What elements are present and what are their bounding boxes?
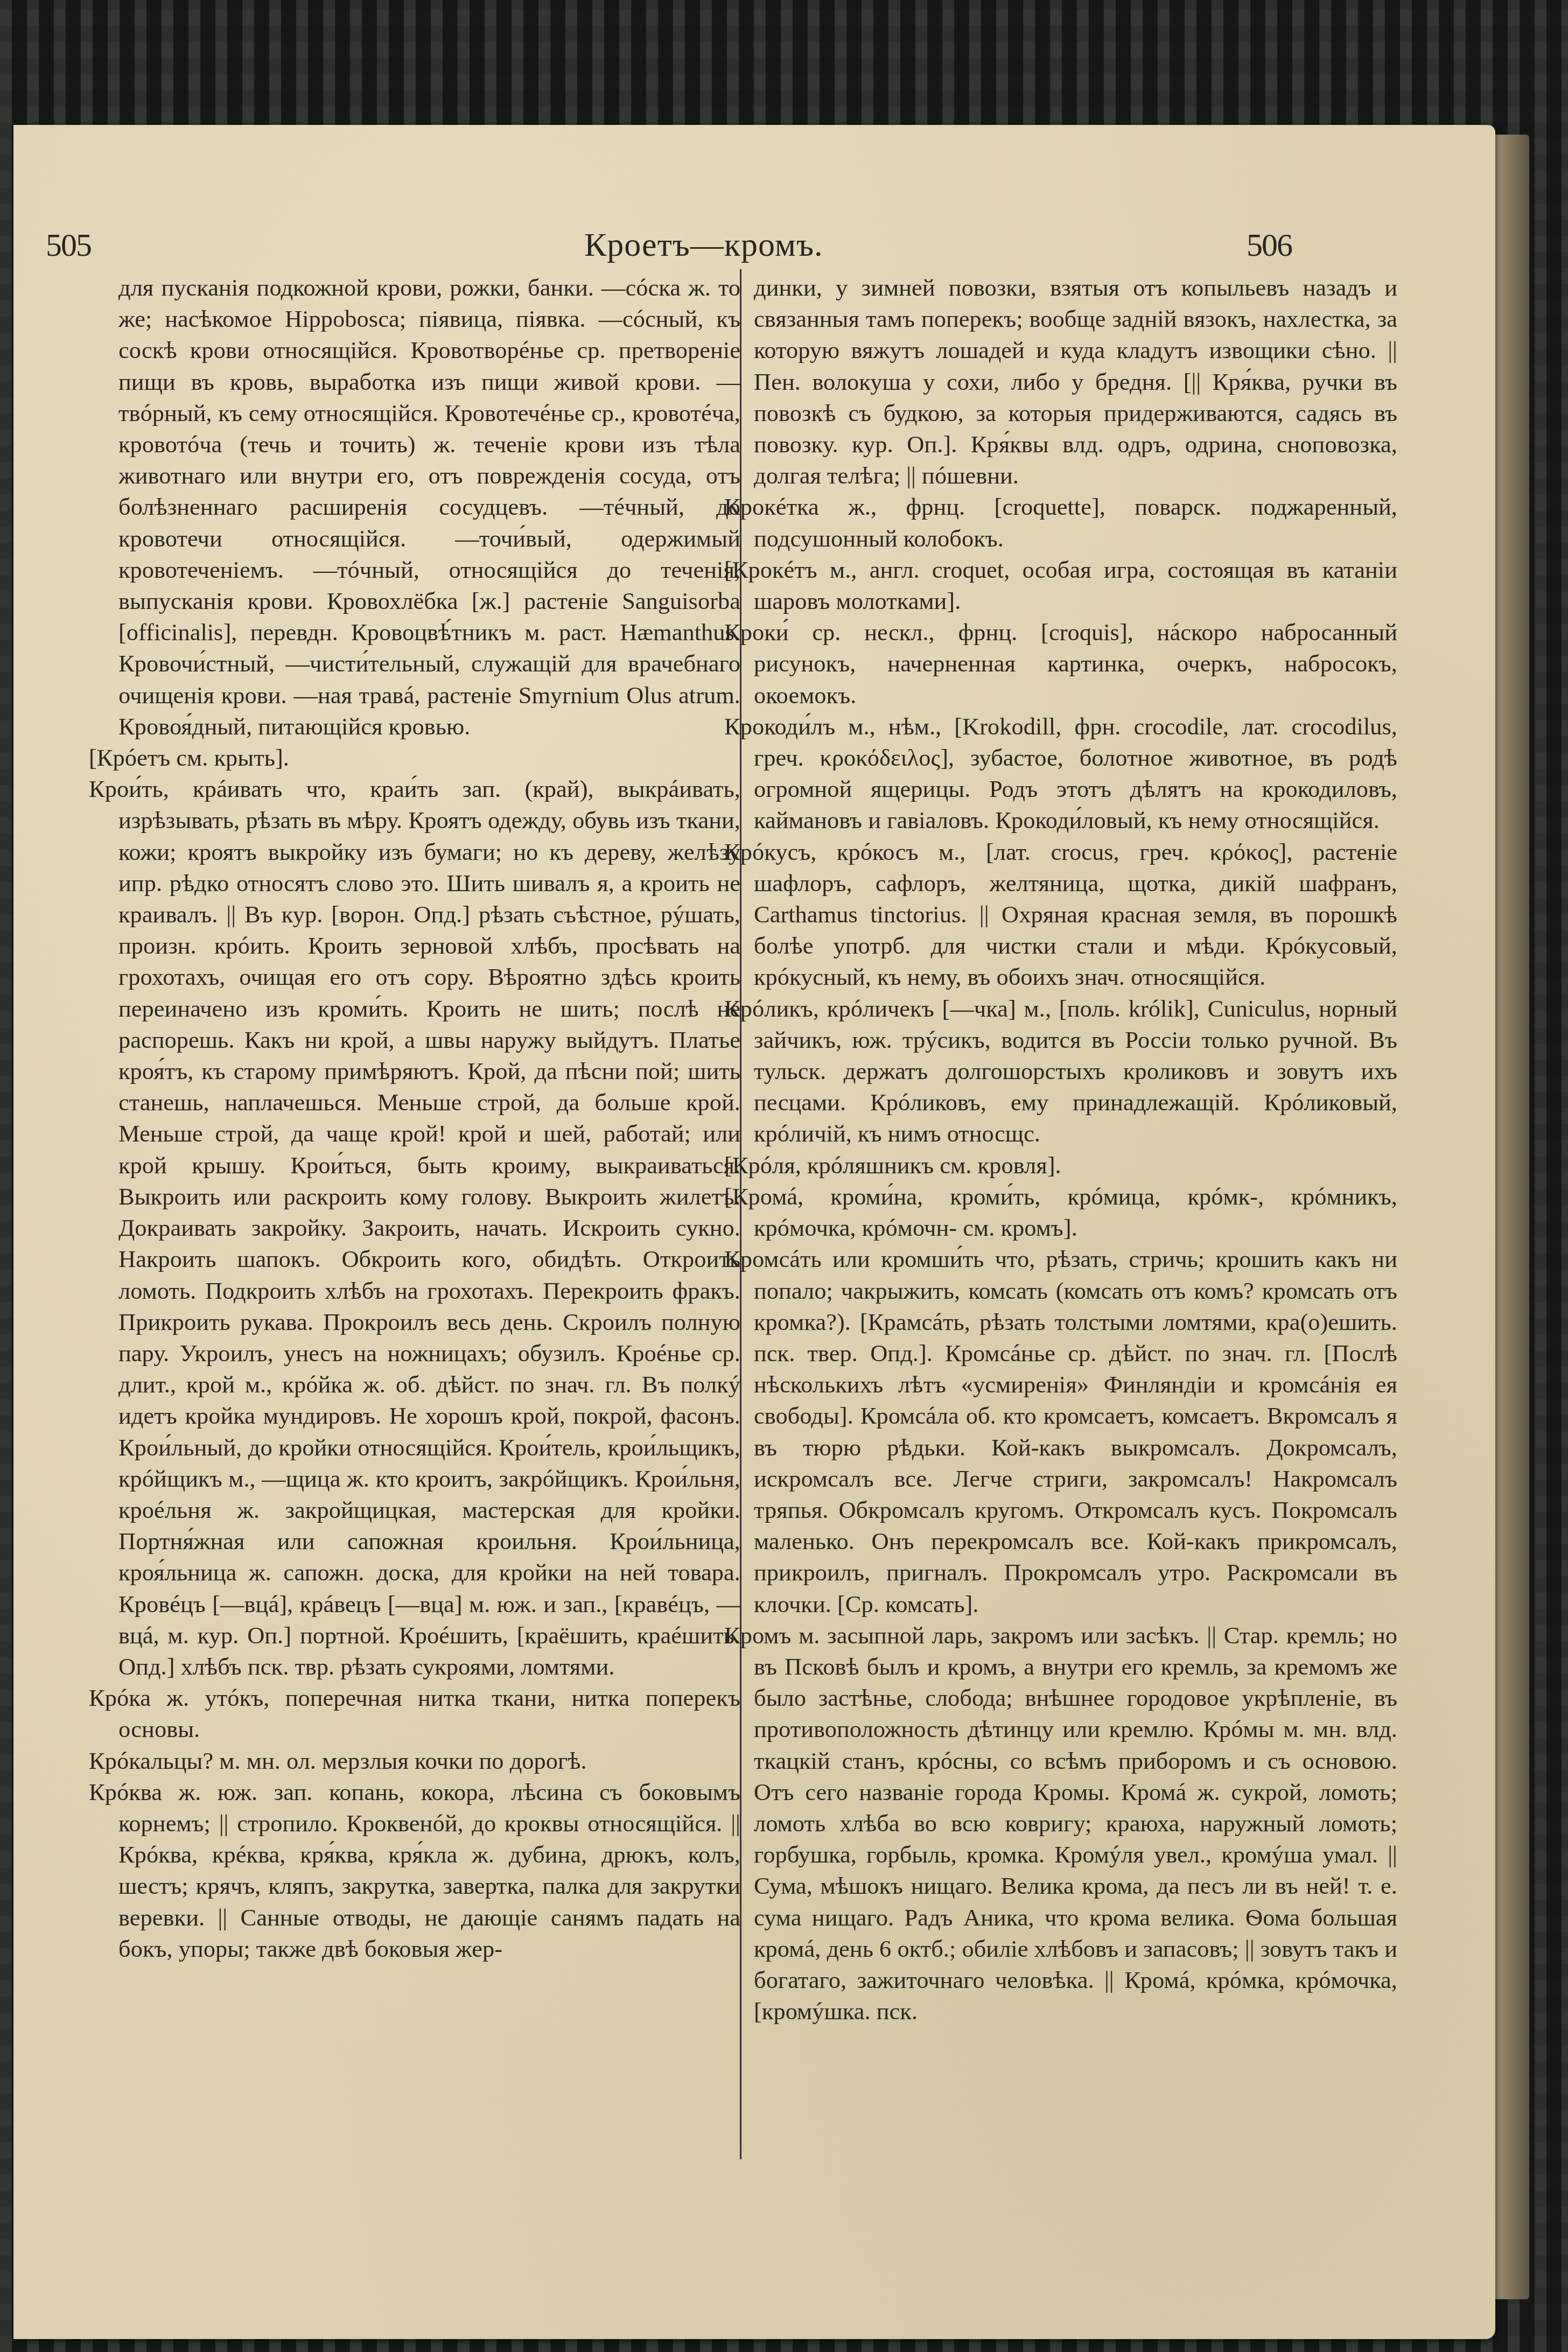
dictionary-entry: [Крокéтъ м., англ. croquet, особая игра,… — [724, 554, 1397, 617]
left-column: для пусканія подкожной крови, рожки, бан… — [89, 272, 740, 1964]
dictionary-entry: Кроки́ ср. нескл., фрнц. [croquis], нáск… — [724, 617, 1397, 711]
dictionary-entry: Крои́ть, крáивать что, краи́ть зап. (кра… — [89, 773, 740, 1682]
running-head: Кроетъ—кромъ. — [584, 221, 823, 269]
page-stack-edge — [1492, 135, 1529, 2299]
dictionary-entry: [Кромá, кроми́на, кроми́ть, крóмица, крó… — [724, 1181, 1397, 1243]
dictionary-entry: Крокоди́лъ м., нѣм., [Krokodill, фрн. cr… — [724, 711, 1397, 836]
dictionary-entry: [Крóля, крóляшникъ см. кровля]. — [724, 1150, 1397, 1181]
dictionary-entry: динки, у зимней повозки, взятыя отъ копы… — [724, 272, 1397, 491]
dictionary-entry: Кромъ м. засыпной ларь, закромъ или засѣ… — [724, 1620, 1397, 2027]
dictionary-entry: Крóкусъ, крóкосъ м., [лат. crocus, греч.… — [724, 836, 1397, 993]
page-header: 505 Кроетъ—кромъ. 506 — [46, 221, 1457, 269]
dictionary-entry: [Крóетъ см. крыть]. — [89, 742, 740, 773]
dictionary-entry: Крóква ж. юж. зап. копань, кокора, лѣсин… — [89, 1776, 740, 1964]
dictionary-entry: Крóликъ, крóличекъ [—чка] м., [поль. kró… — [724, 993, 1397, 1150]
right-page-number: 506 — [1247, 221, 1292, 269]
dictionary-entry: Крóка ж. утóкъ, поперечная нитка ткани, … — [89, 1682, 740, 1745]
left-page-number: 505 — [46, 221, 91, 269]
dictionary-entry: для пусканія подкожной крови, рожки, бан… — [89, 272, 740, 742]
dictionary-entry: Кромсáть или кромши́ть что, рѣзать, стри… — [724, 1243, 1397, 1619]
right-column: динки, у зимней повозки, взятыя отъ копы… — [724, 272, 1397, 2027]
dictionary-entry: Крóкальцы? м. мн. ол. мерзлыя кочки по д… — [89, 1745, 740, 1776]
dictionary-entry: Крокéтка ж., фрнц. [croquette], поварск.… — [724, 491, 1397, 554]
